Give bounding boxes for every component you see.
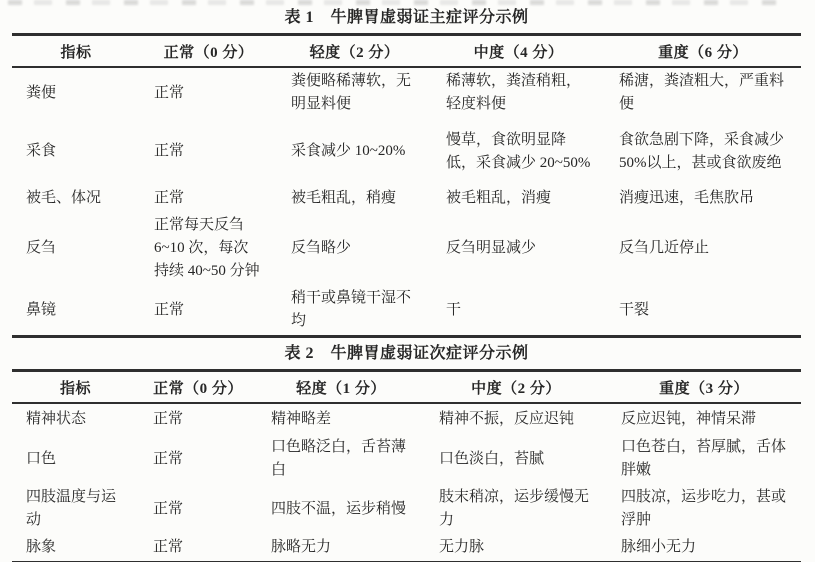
cell-mouth-mild: 口色略泛白，舌苔薄白 [257,434,425,484]
scan-artifact-top [8,0,788,5]
cell-rumination-severe: 反刍几近停止 [605,212,801,285]
row-label-feces: 粪便 [12,67,140,118]
cell-feces-normal: 正常 [140,67,277,118]
cell-mouth-normal: 正常 [139,434,257,484]
table-2-secondary-symptoms: 指标 正常（0 分） 轻度（1 分） 中度（2 分） 重度（3 分） 精神状态 … [12,369,801,562]
table-row-mouth-color: 口色 正常 口色略泛白，舌苔薄白 口色淡白，苔腻 口色苍白，苔厚腻，舌体胖嫩 [12,434,801,484]
cell-rumination-moderate: 反刍明显减少 [432,212,605,285]
table-2-header-moderate: 中度（2 分） [425,371,607,404]
cell-feeding-moderate: 慢草，食欲明显降低，采食减少 20~50% [432,118,605,185]
cell-mental-severe: 反应迟钝，神情呆滞 [607,403,801,434]
table-2-header-indicator: 指标 [12,371,139,404]
table-1-header-normal: 正常（0 分） [140,35,277,68]
row-label-muzzle: 鼻镜 [12,285,140,337]
table-1-header-severe: 重度（6 分） [605,35,801,68]
cell-feeding-severe: 食欲急剧下降，采食减少 50%以上，甚或食欲废绝 [605,118,801,185]
cell-feces-mild: 粪便略稀薄软，无明显料便 [277,67,432,118]
table-1-header-mild: 轻度（2 分） [277,35,432,68]
cell-pulse-moderate: 无力脉 [425,534,607,562]
table-2-header-normal: 正常（0 分） [139,371,257,404]
row-label-pulse: 脉象 [12,534,139,562]
cell-mental-normal: 正常 [139,403,257,434]
row-label-limb-temp-movement: 四肢温度与运动 [12,484,139,534]
table-row-muzzle: 鼻镜 正常 稍干或鼻镜干湿不均 干 干裂 [12,285,801,337]
cell-limb-normal: 正常 [139,484,257,534]
table-1-main-symptoms: 指标 正常（0 分） 轻度（2 分） 中度（4 分） 重度（6 分） 粪便 正常… [12,33,801,338]
row-label-feeding: 采食 [12,118,140,185]
cell-muzzle-severe: 干裂 [605,285,801,337]
table-1-caption: 表 1 牛脾胃虚弱证主症评分示例 [12,6,801,30]
cell-muzzle-moderate: 干 [432,285,605,337]
cell-mouth-moderate: 口色淡白，苔腻 [425,434,607,484]
table-2-header-mild: 轻度（1 分） [257,371,425,404]
cell-mental-moderate: 精神不振，反应迟钝 [425,403,607,434]
row-label-coat-condition: 被毛、体况 [12,185,140,212]
cell-rumination-normal: 正常每天反刍 6~10 次，每次持续 40~50 分钟 [140,212,277,285]
cell-limb-moderate: 肢末稍凉，运步缓慢无力 [425,484,607,534]
cell-feeding-normal: 正常 [140,118,277,185]
cell-coat-mild: 被毛粗乱，稍瘦 [277,185,432,212]
cell-mouth-severe: 口色苍白，苔厚腻，舌体胖嫩 [607,434,801,484]
table-2-header-row: 指标 正常（0 分） 轻度（1 分） 中度（2 分） 重度（3 分） [12,371,801,404]
table-1-header-row: 指标 正常（0 分） 轻度（2 分） 中度（4 分） 重度（6 分） [12,35,801,68]
cell-limb-severe: 四肢凉，运步吃力，甚或浮肿 [607,484,801,534]
table-2-caption: 表 2 牛脾胃虚弱证次症评分示例 [12,342,801,366]
cell-feeding-mild: 采食减少 10~20% [277,118,432,185]
cell-pulse-normal: 正常 [139,534,257,562]
cell-coat-normal: 正常 [140,185,277,212]
table-row-mental-state: 精神状态 正常 精神略差 精神不振，反应迟钝 反应迟钝，神情呆滞 [12,403,801,434]
cell-feces-severe: 稀溏，粪渣粗大，严重料便 [605,67,801,118]
cell-pulse-severe: 脉细小无力 [607,534,801,562]
cell-feces-moderate: 稀薄软，粪渣稍粗，轻度料便 [432,67,605,118]
cell-rumination-mild: 反刍略少 [277,212,432,285]
row-label-mouth-color: 口色 [12,434,139,484]
table-2-header-severe: 重度（3 分） [607,371,801,404]
table-row-coat-condition: 被毛、体况 正常 被毛粗乱，稍瘦 被毛粗乱，消瘦 消瘦迅速，毛焦肷吊 [12,185,801,212]
table-1-section: 表 1 牛脾胃虚弱证主症评分示例 指标 正常（0 分） 轻度（2 分） 中度（4… [12,6,801,338]
cell-coat-moderate: 被毛粗乱，消瘦 [432,185,605,212]
cell-muzzle-mild: 稍干或鼻镜干湿不均 [277,285,432,337]
table-row-feeding: 采食 正常 采食减少 10~20% 慢草，食欲明显降低，采食减少 20~50% … [12,118,801,185]
cell-mental-mild: 精神略差 [257,403,425,434]
table-2-section: 表 2 牛脾胃虚弱证次症评分示例 指标 正常（0 分） 轻度（1 分） 中度（2… [12,342,801,562]
table-row-feces: 粪便 正常 粪便略稀薄软，无明显料便 稀薄软，粪渣稍粗，轻度料便 稀溏，粪渣粗大… [12,67,801,118]
document-page: 表 1 牛脾胃虚弱证主症评分示例 指标 正常（0 分） 轻度（2 分） 中度（4… [0,0,815,562]
table-row-pulse: 脉象 正常 脉略无力 无力脉 脉细小无力 [12,534,801,562]
cell-pulse-mild: 脉略无力 [257,534,425,562]
table-1-header-moderate: 中度（4 分） [432,35,605,68]
row-label-mental-state: 精神状态 [12,403,139,434]
cell-muzzle-normal: 正常 [140,285,277,337]
table-row-rumination: 反刍 正常每天反刍 6~10 次，每次持续 40~50 分钟 反刍略少 反刍明显… [12,212,801,285]
table-1-header-indicator: 指标 [12,35,140,68]
cell-coat-severe: 消瘦迅速，毛焦肷吊 [605,185,801,212]
row-label-rumination: 反刍 [12,212,140,285]
cell-limb-mild: 四肢不温，运步稍慢 [257,484,425,534]
table-row-limb-temp-movement: 四肢温度与运动 正常 四肢不温，运步稍慢 肢末稍凉，运步缓慢无力 四肢凉，运步吃… [12,484,801,534]
